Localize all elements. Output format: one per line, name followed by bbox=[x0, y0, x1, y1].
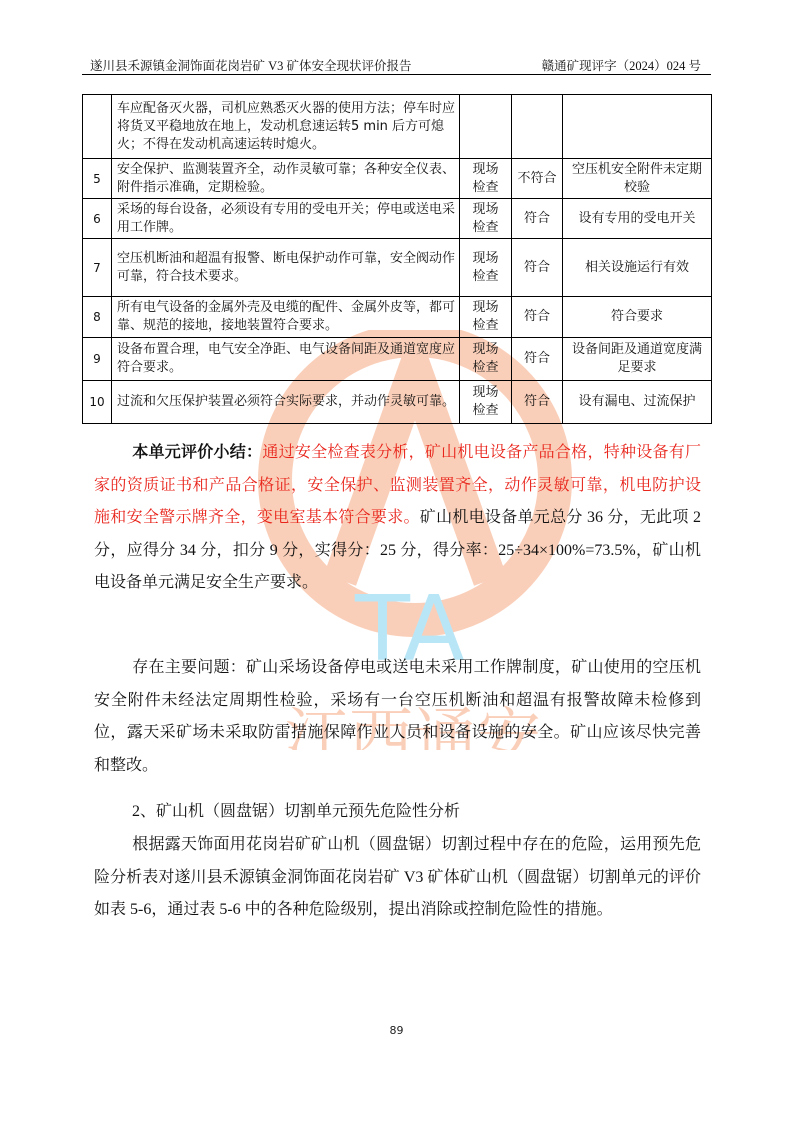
report-title: 遂川县禾源镇金洞饰面花岗岩矿 V3 矿体安全现状评价报告 bbox=[90, 56, 412, 74]
table-row: 9 设备布置合理，电气安全净距、电气设备间距及通道宽度应符合要求。 现场检查 符… bbox=[83, 338, 712, 381]
table-row: 5 安全保护、监测装置齐全，动作灵敏可靠；各种安全仪表、附件指示准确，定期检验。… bbox=[83, 159, 712, 199]
check-content: 过流和欠压保护装置必须符合实际要求，并动作灵敏可靠。 bbox=[112, 381, 460, 424]
check-remark bbox=[563, 95, 712, 159]
section-body-paragraph: 根据露天饰面用花岗岩矿矿山机（圆盘锯）切割过程中存在的危险，运用预先危险分析表对… bbox=[94, 829, 701, 927]
row-number: 10 bbox=[83, 381, 112, 424]
summary-label: 本单元评价小结： bbox=[132, 444, 262, 461]
check-content: 采场的每台设备，必须设有专用的受电开关；停电或送电采用工作牌。 bbox=[112, 199, 460, 239]
table-row: 车应配备灭火器，司机应熟悉灭火器的使用方法；停车时应将货叉平稳地放在地上，发动机… bbox=[83, 95, 712, 159]
check-content: 车应配备灭火器，司机应熟悉灭火器的使用方法；停车时应将货叉平稳地放在地上，发动机… bbox=[112, 95, 460, 159]
check-method: 现场检查 bbox=[460, 297, 512, 338]
check-result: 不符合 bbox=[512, 159, 563, 199]
check-remark: 设有专用的受电开关 bbox=[563, 199, 712, 239]
check-method: 现场检查 bbox=[460, 381, 512, 424]
check-content: 所有电气设备的金属外壳及电缆的配件、金属外皮等，都可靠、规范的接地，接地装置符合… bbox=[112, 297, 460, 338]
check-result: 符合 bbox=[512, 199, 563, 239]
check-result: 符合 bbox=[512, 297, 563, 338]
check-remark: 相关设施运行有效 bbox=[563, 239, 712, 297]
check-method: 现场检查 bbox=[460, 239, 512, 297]
check-result: 符合 bbox=[512, 381, 563, 424]
table-row: 6 采场的每台设备，必须设有专用的受电开关；停电或送电采用工作牌。 现场检查 符… bbox=[83, 199, 712, 239]
section-body-text: 根据露天饰面用花岗岩矿矿山机（圆盘锯）切割过程中存在的危险，运用预先危险分析表对… bbox=[94, 836, 701, 918]
document-number: 赣通矿现评字（2024）024 号 bbox=[542, 56, 701, 74]
check-method bbox=[460, 95, 512, 159]
check-remark: 设有漏电、过流保护 bbox=[563, 381, 712, 424]
safety-checklist-table: 车应配备灭火器，司机应熟悉灭火器的使用方法；停车时应将货叉平稳地放在地上，发动机… bbox=[82, 94, 712, 424]
row-number bbox=[83, 95, 112, 159]
table-row: 7 空压机断油和超温有报警、断电保护动作可靠，安全阀动作可靠，符合技术要求。 现… bbox=[83, 239, 712, 297]
row-number: 5 bbox=[83, 159, 112, 199]
check-remark: 设备间距及通道宽度满足要求 bbox=[563, 338, 712, 381]
check-remark: 空压机安全附件未定期校验 bbox=[563, 159, 712, 199]
check-method: 现场检查 bbox=[460, 338, 512, 381]
table-row: 10 过流和欠压保护装置必须符合实际要求，并动作灵敏可靠。 现场检查 符合 设有… bbox=[83, 381, 712, 424]
page-number: 89 bbox=[0, 1024, 793, 1037]
row-number: 7 bbox=[83, 239, 112, 297]
row-number: 8 bbox=[83, 297, 112, 338]
check-method: 现场检查 bbox=[460, 199, 512, 239]
check-result: 符合 bbox=[512, 338, 563, 381]
check-content: 空压机断油和超温有报警、断电保护动作可靠，安全阀动作可靠，符合技术要求。 bbox=[112, 239, 460, 297]
check-method: 现场检查 bbox=[460, 159, 512, 199]
check-result bbox=[512, 95, 563, 159]
page-header: 遂川县禾源镇金洞饰面花岗岩矿 V3 矿体安全现状评价报告 赣通矿现评字（2024… bbox=[82, 54, 711, 75]
problems-text: 存在主要问题：矿山采场设备停电或送电未采用工作牌制度，矿山使用的空压机安全附件未… bbox=[94, 659, 701, 774]
check-content: 设备布置合理，电气安全净距、电气设备间距及通道宽度应符合要求。 bbox=[112, 338, 460, 381]
unit-summary-paragraph: 本单元评价小结：通过安全检查表分析，矿山机电设备产品合格，特种设备有厂家的资质证… bbox=[94, 437, 701, 600]
section-heading: 2、矿山机（圆盘锯）切割单元预先危险性分析 bbox=[94, 796, 701, 829]
table-row: 8 所有电气设备的金属外壳及电缆的配件、金属外皮等，都可靠、规范的接地，接地装置… bbox=[83, 297, 712, 338]
row-number: 6 bbox=[83, 199, 112, 239]
main-problems-paragraph: 存在主要问题：矿山采场设备停电或送电未采用工作牌制度，矿山使用的空压机安全附件未… bbox=[94, 652, 701, 782]
row-number: 9 bbox=[83, 338, 112, 381]
section-heading-text: 2、矿山机（圆盘锯）切割单元预先危险性分析 bbox=[132, 803, 460, 820]
check-content: 安全保护、监测装置齐全，动作灵敏可靠；各种安全仪表、附件指示准确，定期检验。 bbox=[112, 159, 460, 199]
check-result: 符合 bbox=[512, 239, 563, 297]
check-remark: 符合要求 bbox=[563, 297, 712, 338]
